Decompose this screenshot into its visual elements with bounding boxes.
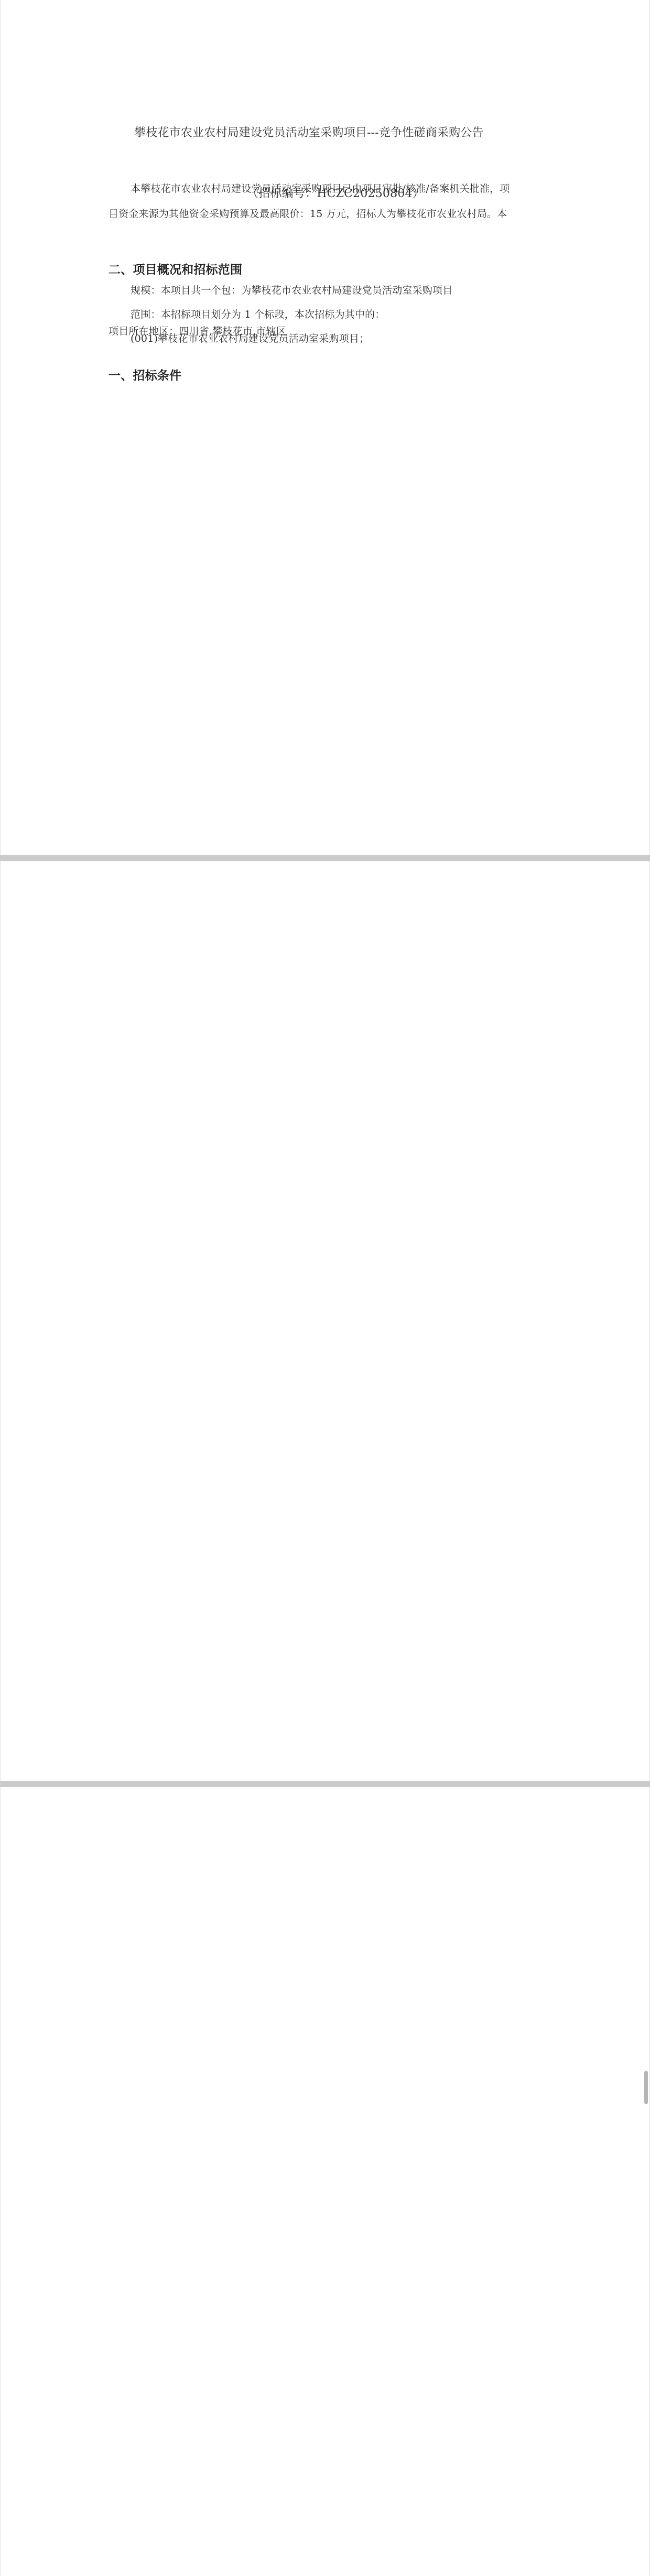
s1-line-2: 目资金来源为其他资金采购预算及最高限价：15 万元，招标人为攀枝花市农业农村局。… xyxy=(109,208,507,220)
s2-line-3: (001)攀枝花市农业农村局建设党员活动室采购项目； xyxy=(131,332,369,345)
section-heading-1: 一、招标条件 xyxy=(109,368,181,384)
page-1: 攀枝花市农业农村局建设党员活动室采购项目---竞争性磋商采购公告 （招标编号：H… xyxy=(0,0,650,855)
s1-line-1: 本攀枝花市农业农村局建设党员活动室采购项目已由项目审批/核准/备案机关批准，项 xyxy=(131,182,510,195)
document-viewer[interactable]: 攀枝花市农业农村局建设党员活动室采购项目---竞争性磋商采购公告 （招标编号：H… xyxy=(0,0,650,2576)
s2-line-2: 范围：本招标项目划分为 1 个标段，本次招标为其中的： xyxy=(131,308,385,321)
s2-line-1: 规模：本项目共一个包：为攀枝花市农业农村局建设党员活动室采购项目 xyxy=(131,284,452,297)
scrollbar-thumb[interactable] xyxy=(644,2071,648,2104)
page-2 xyxy=(0,861,650,1781)
document-title: 攀枝花市农业农村局建设党员活动室采购项目---竞争性磋商采购公告 xyxy=(134,126,484,140)
page-3 xyxy=(0,1787,650,2576)
section-heading-2: 二、项目概况和招标范围 xyxy=(109,262,242,278)
